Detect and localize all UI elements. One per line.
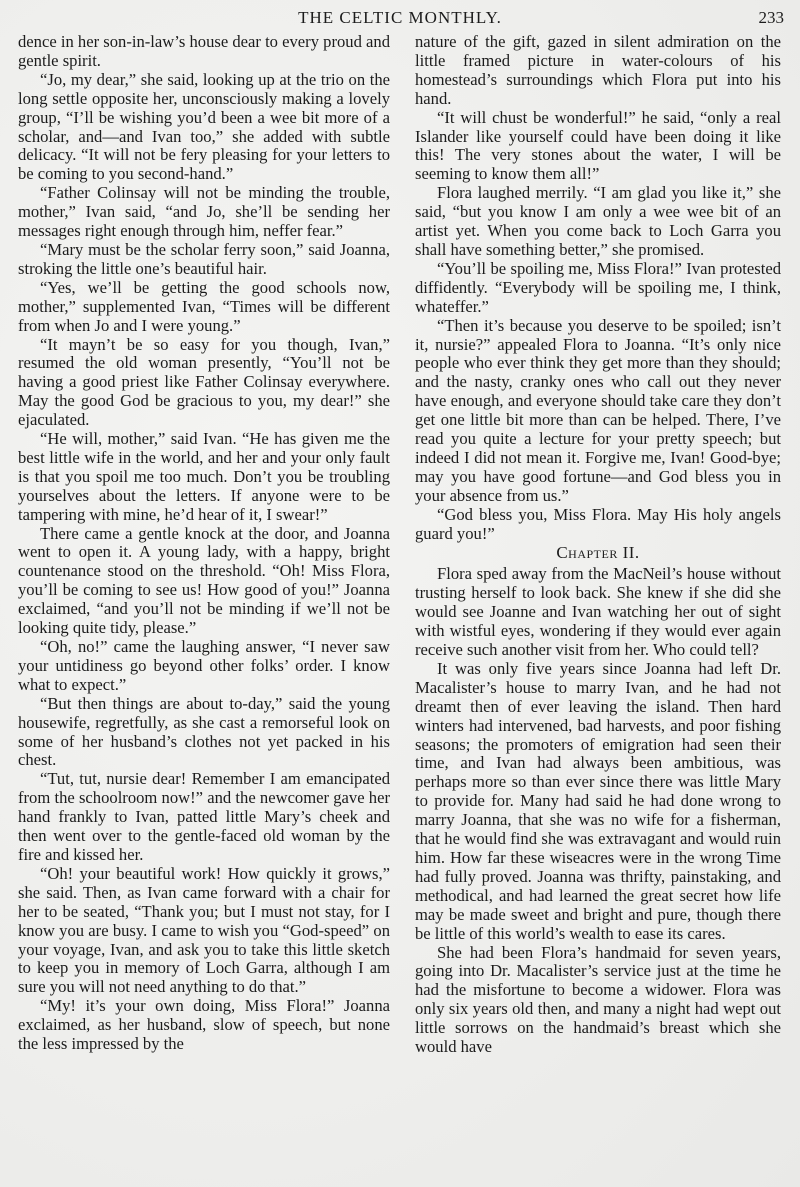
paragraph: “Tut, tut, nursie dear! Remember I am em… — [18, 770, 390, 865]
paragraph: “Father Colinsay will not be minding the… — [18, 184, 390, 241]
paragraph: “Jo, my dear,” she said, looking up at t… — [18, 71, 390, 184]
paragraph: “But then things are about to-day,” said… — [18, 695, 390, 771]
paragraph: “You’ll be spoiling me, Miss Flora!” Iva… — [415, 260, 781, 317]
right-column: nature of the gift, gazed in silent admi… — [415, 33, 781, 1057]
paragraph: “Mary must be the scholar ferry soon,” s… — [18, 241, 390, 279]
paragraph: She had been Flora’s handmaid for seven … — [415, 944, 781, 1057]
paragraph: It was only five years since Joanna had … — [415, 660, 781, 944]
paragraph: “It will chust be wonderful!” he said, “… — [415, 109, 781, 185]
chapter-heading: Chapter II. — [415, 544, 781, 563]
paragraph: “My! it’s your own doing, Miss Flora!” J… — [18, 997, 390, 1054]
paragraph: nature of the gift, gazed in silent admi… — [415, 33, 781, 109]
paragraph: “Oh, no!” came the laughing answer, “I n… — [18, 638, 390, 695]
paragraph: There came a gentle knock at the door, a… — [18, 525, 390, 638]
paragraph: Flora sped away from the MacNeil’s house… — [415, 565, 781, 660]
publication-title: THE CELTIC MONTHLY. — [0, 8, 800, 28]
paragraph: “Then it’s because you deserve to be spo… — [415, 317, 781, 506]
paragraph: dence in her son-in-law’s house dear to … — [18, 33, 390, 71]
paragraph: “God bless you, Miss Flora. May His holy… — [415, 506, 781, 544]
magazine-page: THE CELTIC MONTHLY. 233 dence in her son… — [0, 0, 800, 1187]
paragraph: “He will, mother,” said Ivan. “He has gi… — [18, 430, 390, 525]
left-column: dence in her son-in-law’s house dear to … — [18, 33, 390, 1054]
paragraph: “Oh! your beautiful work! How quickly it… — [18, 865, 390, 997]
paragraph: “Yes, we’ll be getting the good schools … — [18, 279, 390, 336]
page-number: 233 — [759, 8, 785, 28]
running-header: THE CELTIC MONTHLY. 233 — [0, 4, 800, 26]
paragraph: Flora laughed merrily. “I am glad you li… — [415, 184, 781, 260]
paragraph: “It mayn’t be so easy for you though, Iv… — [18, 336, 390, 431]
